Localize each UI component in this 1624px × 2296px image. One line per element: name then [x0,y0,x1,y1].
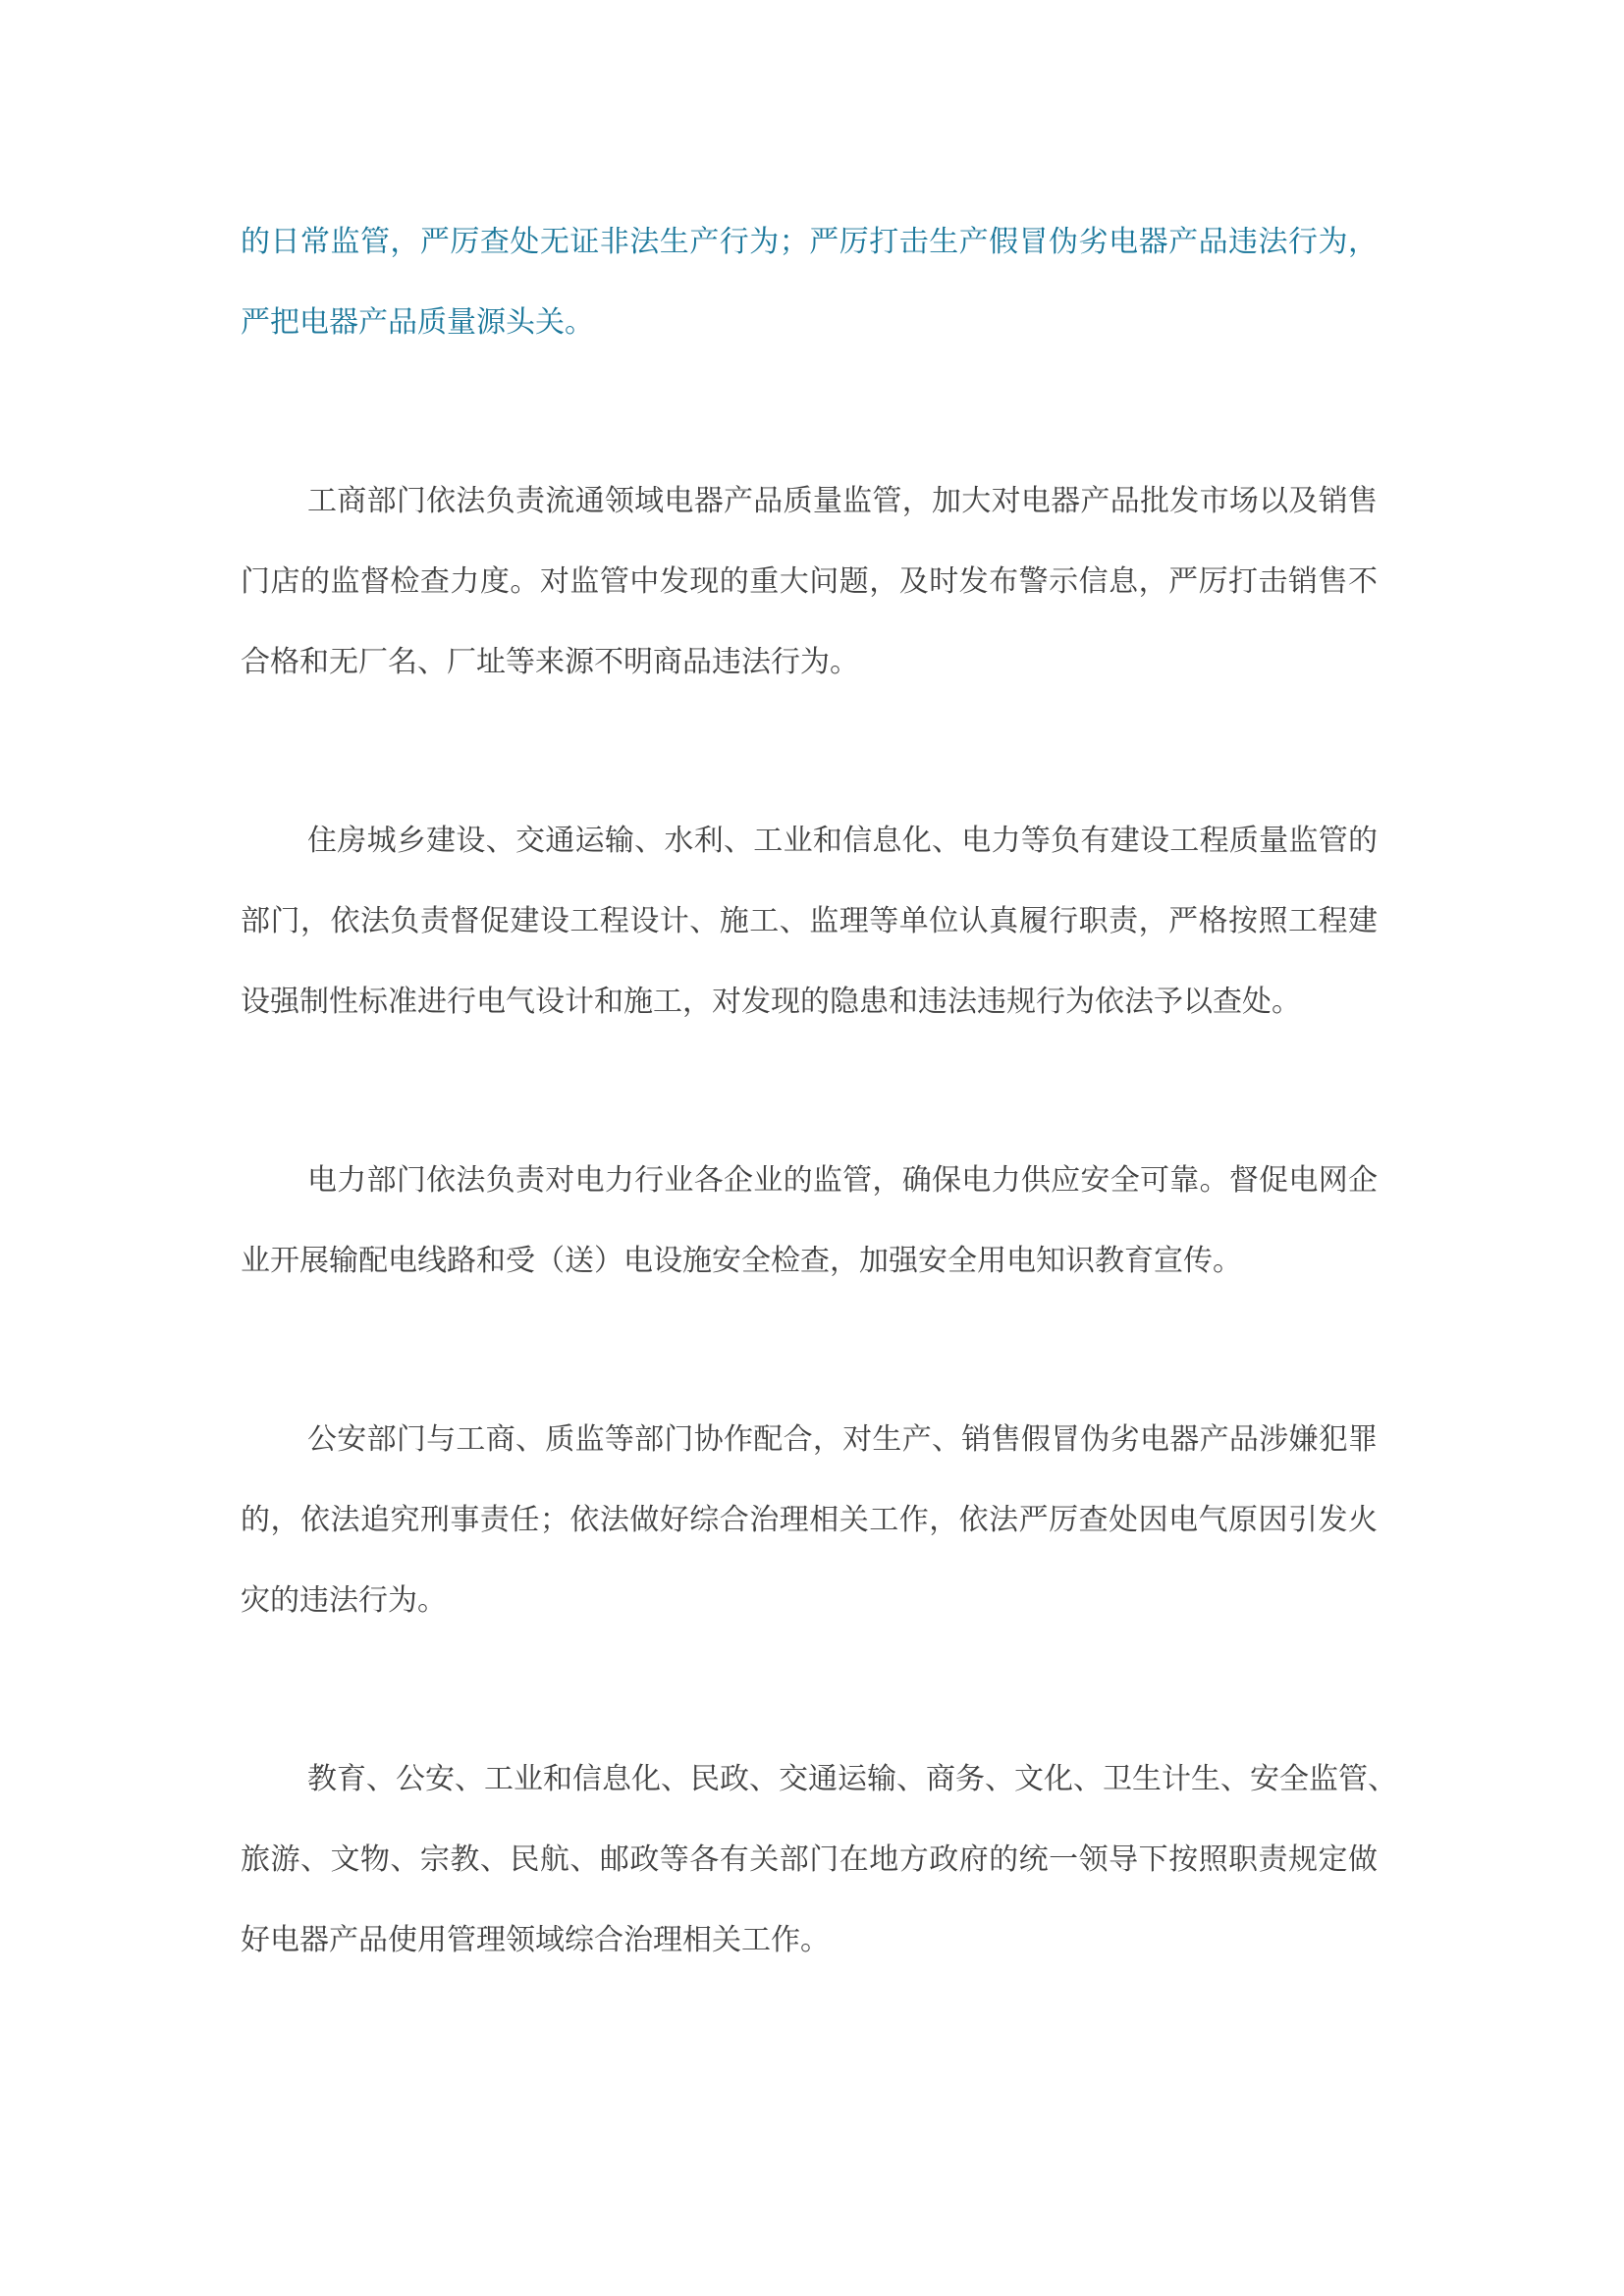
text-line: 电力部门依法负责对电力行业各企业的监管，确保电力供应安全可靠。督促电网企 [241,1141,1378,1221]
text-line: 的，依法追究刑事责任；依法做好综合治理相关工作，依法严厉查处因电气原因引发火 [241,1480,1378,1561]
paragraph-3: 住房城乡建设、交通运输、水利、工业和信息化、电力等负有建设工程质量监管的部门，依… [241,801,1378,1042]
text-line: 灾的违法行为。 [241,1561,1378,1641]
paragraph-4: 电力部门依法负责对电力行业各企业的监管，确保电力供应安全可靠。督促电网企业开展输… [241,1141,1378,1302]
document-text-block: 的日常监管，严厉查处无证非法生产行为；严厉打击生产假冒伪劣电器产品违法行为，严把… [241,202,1378,2079]
text-line: 设强制性标准进行电气设计和施工，对发现的隐患和违法违规行为依法予以查处。 [241,962,1378,1042]
text-line: 严把电器产品质量源头关。 [241,283,1378,363]
text-line: 住房城乡建设、交通运输、水利、工业和信息化、电力等负有建设工程质量监管的 [241,801,1378,881]
paragraph-6: 教育、公安、工业和信息化、民政、交通运输、商务、文化、卫生计生、安全监管、旅游、… [241,1739,1378,1981]
text-line: 旅游、文物、宗教、民航、邮政等各有关部门在地方政府的统一领导下按照职责规定做 [241,1820,1378,1900]
text-line: 部门，依法负责督促建设工程设计、施工、监理等单位认真履行职责，严格按照工程建 [241,881,1378,962]
text-line: 公安部门与工商、质监等部门协作配合，对生产、销售假冒伪劣电器产品涉嫌犯罪 [241,1400,1378,1480]
text-line: 业开展输配电线路和受（送）电设施安全检查，加强安全用电知识教育宣传。 [241,1221,1378,1302]
text-line: 工商部门依法负责流通领域电器产品质量监管，加大对电器产品批发市场以及销售 [241,461,1378,542]
document-page: 的日常监管，严厉查处无证非法生产行为；严厉打击生产假冒伪劣电器产品违法行为，严把… [0,0,1624,2296]
text-line: 好电器产品使用管理领域综合治理相关工作。 [241,1900,1378,1981]
text-line: 合格和无厂名、厂址等来源不明商品违法行为。 [241,622,1378,703]
paragraph-1: 的日常监管，严厉查处无证非法生产行为；严厉打击生产假冒伪劣电器产品违法行为，严把… [241,202,1378,363]
text-line: 的日常监管，严厉查处无证非法生产行为；严厉打击生产假冒伪劣电器产品违法行为， [241,202,1378,283]
text-line: 门店的监督检查力度。对监管中发现的重大问题，及时发布警示信息，严厉打击销售不 [241,542,1378,622]
paragraph-2: 工商部门依法负责流通领域电器产品质量监管，加大对电器产品批发市场以及销售门店的监… [241,461,1378,703]
paragraph-5: 公安部门与工商、质监等部门协作配合，对生产、销售假冒伪劣电器产品涉嫌犯罪的，依法… [241,1400,1378,1641]
text-line: 教育、公安、工业和信息化、民政、交通运输、商务、文化、卫生计生、安全监管、 [241,1739,1378,1820]
